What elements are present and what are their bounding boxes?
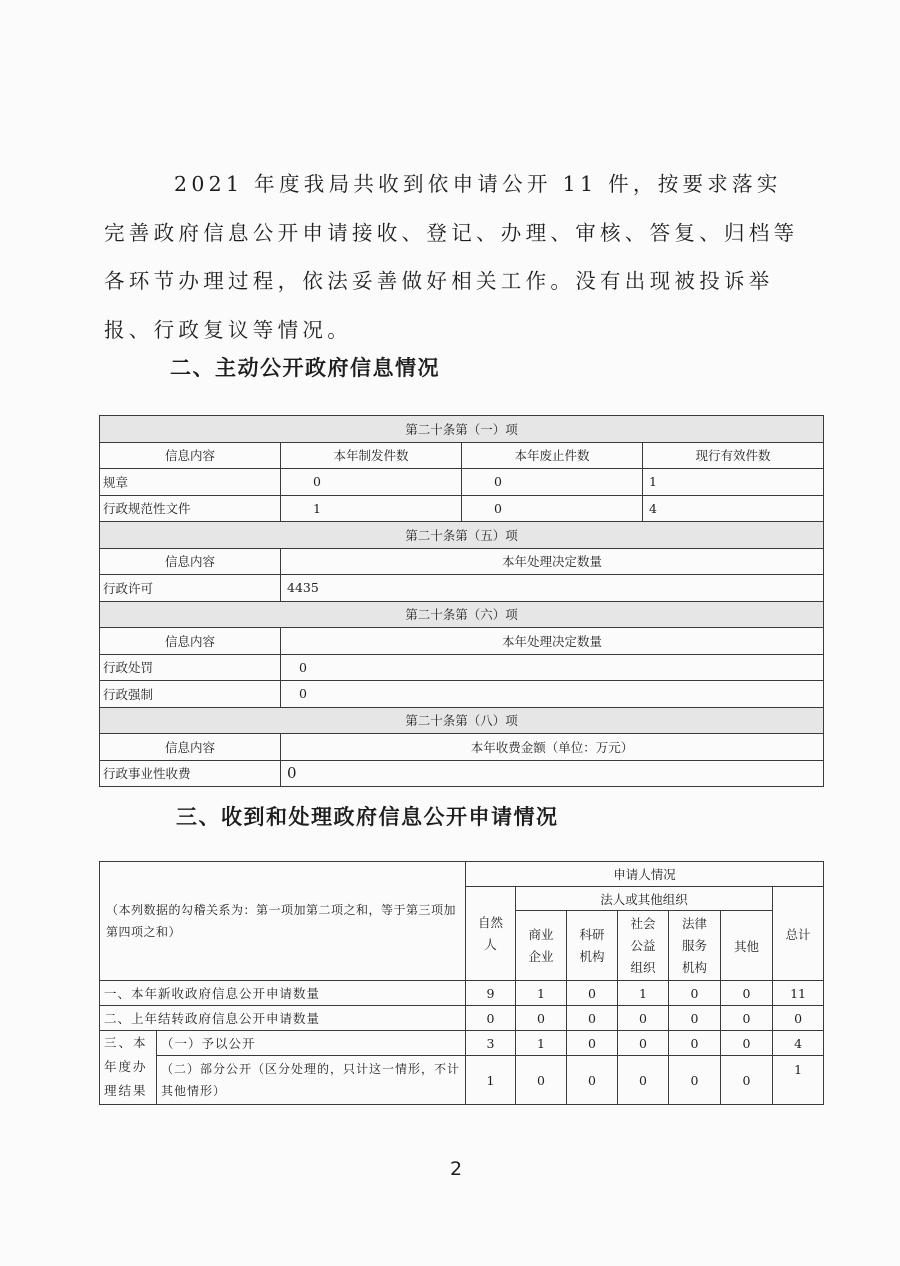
total-header: 总计 bbox=[773, 887, 824, 981]
cell-total: 4 bbox=[773, 1031, 824, 1056]
cell-value: 0 bbox=[567, 1056, 618, 1105]
header-cell: 本年制发件数 bbox=[281, 442, 462, 469]
section-row-art20-5: 第二十条第（五）项 bbox=[100, 522, 824, 549]
header-cell: 信息内容 bbox=[100, 548, 281, 575]
cell-issued: 0 bbox=[281, 469, 462, 496]
col-header-public-welfare: 社会公益组织 bbox=[618, 911, 669, 981]
table-row: 行政强制 0 bbox=[100, 681, 824, 708]
row-label: 行政许可 bbox=[100, 575, 281, 602]
row-label: 行政规范性文件 bbox=[100, 495, 281, 522]
col-header-research: 科研机构 bbox=[567, 911, 618, 981]
cell-abolished: 0 bbox=[462, 495, 643, 522]
requests-table: （本列数据的勾稽关系为：第一项加第二项之和，等于第三项加第四项之和） 申请人情况… bbox=[99, 861, 824, 1105]
row-label: 规章 bbox=[100, 469, 281, 496]
header-cell: 现行有效件数 bbox=[643, 442, 824, 469]
table-row: （二）部分公开（区分处理的，只计这一情形，不计其他情形） 1 0 0 0 0 0… bbox=[100, 1056, 824, 1105]
cell-issued: 1 bbox=[281, 495, 462, 522]
applicant-header: 申请人情况 bbox=[466, 862, 824, 887]
cell-value: 0 bbox=[618, 1031, 669, 1056]
cell-value: 0 bbox=[281, 681, 824, 708]
cell-value: 9 bbox=[466, 981, 516, 1006]
section-row-art20-1: 第二十条第（一）项 bbox=[100, 416, 824, 443]
legal-entity-header: 法人或其他组织 bbox=[516, 887, 773, 911]
section-heading-3: 三、收到和处理政府信息公开申请情况 bbox=[176, 801, 559, 831]
cell-abolished: 0 bbox=[462, 469, 643, 496]
header-cell: 本年处理决定数量 bbox=[281, 548, 824, 575]
cell-value: 0 bbox=[618, 1056, 669, 1105]
cell-value: 0 bbox=[516, 1006, 567, 1031]
row-label: （一）予以公开 bbox=[157, 1031, 466, 1056]
cell-value: 0 bbox=[466, 1006, 516, 1031]
cell-value: 1 bbox=[618, 981, 669, 1006]
col-header-legal-service: 法律服务机构 bbox=[669, 911, 721, 981]
table-row: 三、本年度办理结果 （一）予以公开 3 1 0 0 0 0 4 bbox=[100, 1031, 824, 1056]
header-cell: 本年废止件数 bbox=[462, 442, 643, 469]
table-row: 行政处罚 0 bbox=[100, 654, 824, 681]
cell-value: 0 bbox=[567, 1031, 618, 1056]
section-row-art20-8: 第二十条第（八）项 bbox=[100, 707, 824, 734]
header-cell: 信息内容 bbox=[100, 628, 281, 655]
result-group-label: 三、本年度办理结果 bbox=[100, 1031, 157, 1105]
header-cell: 本年收费金额（单位：万元） bbox=[281, 734, 824, 761]
cell-value: 0 bbox=[669, 1006, 721, 1031]
cell-value: 1 bbox=[516, 981, 567, 1006]
row-label: 行政事业性收费 bbox=[100, 760, 281, 787]
cell-valid: 1 bbox=[643, 469, 824, 496]
section-heading-2: 二、主动公开政府信息情况 bbox=[170, 352, 440, 382]
intro-paragraph: 2021 年度我局共收到依申请公开 11 件，按要求落实完善政府信息公开申请接收… bbox=[104, 160, 804, 354]
cell-total: 11 bbox=[773, 981, 824, 1006]
cell-value: 0 bbox=[669, 981, 721, 1006]
section-row-art20-6: 第二十条第（六）项 bbox=[100, 601, 824, 628]
cell-total: 0 bbox=[773, 1006, 824, 1031]
col-header-commercial: 商业企业 bbox=[516, 911, 567, 981]
header-cell: 信息内容 bbox=[100, 442, 281, 469]
cell-value: 4435 bbox=[281, 575, 824, 602]
cell-value: 0 bbox=[618, 1006, 669, 1031]
cell-value: 0 bbox=[567, 981, 618, 1006]
col-header-other: 其他 bbox=[721, 911, 773, 981]
cell-value: 0 bbox=[281, 654, 824, 681]
header-cell: 信息内容 bbox=[100, 734, 281, 761]
cell-value: 1 bbox=[516, 1031, 567, 1056]
row-label: （二）部分公开（区分处理的，只计这一情形，不计其他情形） bbox=[157, 1056, 466, 1105]
cell-value: 0 bbox=[669, 1056, 721, 1105]
cell-value: 0 bbox=[516, 1056, 567, 1105]
table-row: 二、上年结转政府信息公开申请数量 0 0 0 0 0 0 0 bbox=[100, 1006, 824, 1031]
header-cell: 本年处理决定数量 bbox=[281, 628, 824, 655]
checksum-note: （本列数据的勾稽关系为：第一项加第二项之和，等于第三项加第四项之和） bbox=[100, 862, 466, 981]
table-row: 一、本年新收政府信息公开申请数量 9 1 0 1 0 0 11 bbox=[100, 981, 824, 1006]
cell-value: 0 bbox=[721, 1056, 773, 1105]
cell-value: 0 bbox=[281, 760, 824, 787]
cell-value: 0 bbox=[721, 1006, 773, 1031]
cell-value: 0 bbox=[567, 1006, 618, 1031]
row-label: 行政处罚 bbox=[100, 654, 281, 681]
cell-value: 0 bbox=[721, 981, 773, 1006]
row-label: 一、本年新收政府信息公开申请数量 bbox=[100, 981, 466, 1006]
table-row: 规章 0 0 1 bbox=[100, 469, 824, 496]
row-label: 行政强制 bbox=[100, 681, 281, 708]
proactive-disclosure-table: 第二十条第（一）项 信息内容 本年制发件数 本年废止件数 现行有效件数 规章 0… bbox=[99, 415, 824, 787]
natural-person-header: 自然人 bbox=[466, 887, 516, 981]
cell-total: 1 bbox=[773, 1056, 824, 1105]
cell-value: 1 bbox=[466, 1056, 516, 1105]
cell-value: 0 bbox=[669, 1031, 721, 1056]
page-number: 2 bbox=[450, 1158, 462, 1180]
cell-value: 3 bbox=[466, 1031, 516, 1056]
table-row: 行政许可 4435 bbox=[100, 575, 824, 602]
row-label: 二、上年结转政府信息公开申请数量 bbox=[100, 1006, 466, 1031]
table-row: 行政事业性收费 0 bbox=[100, 760, 824, 787]
table-row: 行政规范性文件 1 0 4 bbox=[100, 495, 824, 522]
cell-valid: 4 bbox=[643, 495, 824, 522]
cell-value: 0 bbox=[721, 1031, 773, 1056]
